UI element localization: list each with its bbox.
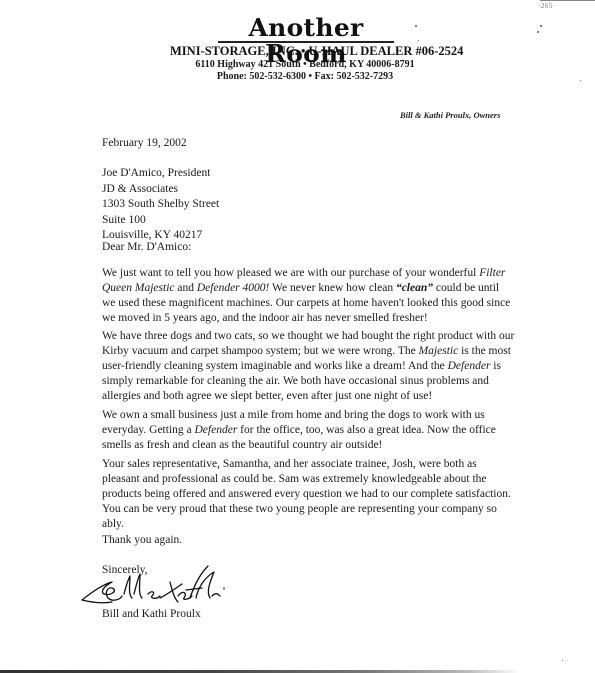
company-contact: Phone: 502-532-6300 • Fax: 502-532-7293 (180, 71, 430, 83)
closing-thanks: Thank you again. (102, 533, 182, 548)
paragraph-4: Your sales representative, Samantha, and… (102, 457, 511, 532)
paragraph-line: we moved in 5 years ago, and the indoor … (102, 311, 510, 326)
paragraph-line: we used these magnificent machines. Our … (102, 296, 510, 311)
scan-speck (562, 660, 563, 661)
paragraph-line: Your sales representative, Samantha, and… (102, 457, 511, 472)
paragraph-line: pleasant and professional as could be. S… (102, 472, 511, 487)
recipient-line: 1303 South Shelby Street (102, 197, 219, 213)
paragraph-line: simply remarkable for cleaning the air. … (102, 374, 514, 389)
paragraph-line: You can be very proud that these two you… (102, 502, 511, 517)
logo-underline (218, 41, 394, 43)
letter-date: February 19, 2002 (102, 136, 187, 151)
paragraph-line: Kirby vacuum and carpet shampoo system; … (102, 344, 514, 359)
salutation: Dear Mr. D'Amico: (102, 240, 191, 255)
paragraph-line: We own a small business just a mile from… (102, 408, 496, 423)
company-subtitle: MINI-STORAGE, INC. • U-HAUL DEALER #06-2… (170, 44, 435, 58)
recipient-address: Joe D'Amico, President JD & Associates 1… (102, 166, 219, 244)
paragraph-line: We just want to tell you how pleased we … (102, 266, 510, 281)
paragraph-line: Queen Majestic and Defender 4000! We nev… (102, 281, 510, 296)
paragraph-line: smells as fresh and clean as the beautif… (102, 438, 496, 453)
company-address: 6110 Highway 421 South • Bedford, KY 400… (180, 59, 430, 71)
recipient-line: Joe D'Amico, President (102, 166, 219, 182)
scan-edge-mark (540, 0, 595, 1)
signer-name: Bill and Kathi Proulx (102, 607, 201, 622)
scan-speck (537, 31, 539, 33)
paragraph-line: user-friendly cleaning system imaginable… (102, 359, 514, 374)
paragraph-2: We have three dogs and two cats, so we t… (102, 329, 514, 404)
paragraph-line: products being offered and answered ever… (102, 487, 511, 502)
recipient-line: JD & Associates (102, 182, 219, 198)
scan-speck (415, 25, 417, 27)
scan-speck (418, 40, 419, 41)
paragraph-line: allergies and both agree we slept better… (102, 389, 514, 404)
scan-speck (580, 80, 581, 81)
corner-mark: ·265· (538, 2, 556, 10)
owners-line: Bill & Kathi Proulx, Owners (400, 110, 500, 120)
paragraph-line: everyday. Getting a Defender for the off… (102, 423, 496, 438)
paragraph-line: We have three dogs and two cats, so we t… (102, 329, 514, 344)
paragraph-3: We own a small business just a mile from… (102, 408, 496, 453)
recipient-line: Suite 100 (102, 213, 219, 229)
paragraph-line: ably. (102, 517, 511, 532)
scan-speck (540, 25, 542, 27)
paragraph-1: We just want to tell you how pleased we … (102, 266, 510, 326)
handwritten-signature (78, 562, 228, 612)
